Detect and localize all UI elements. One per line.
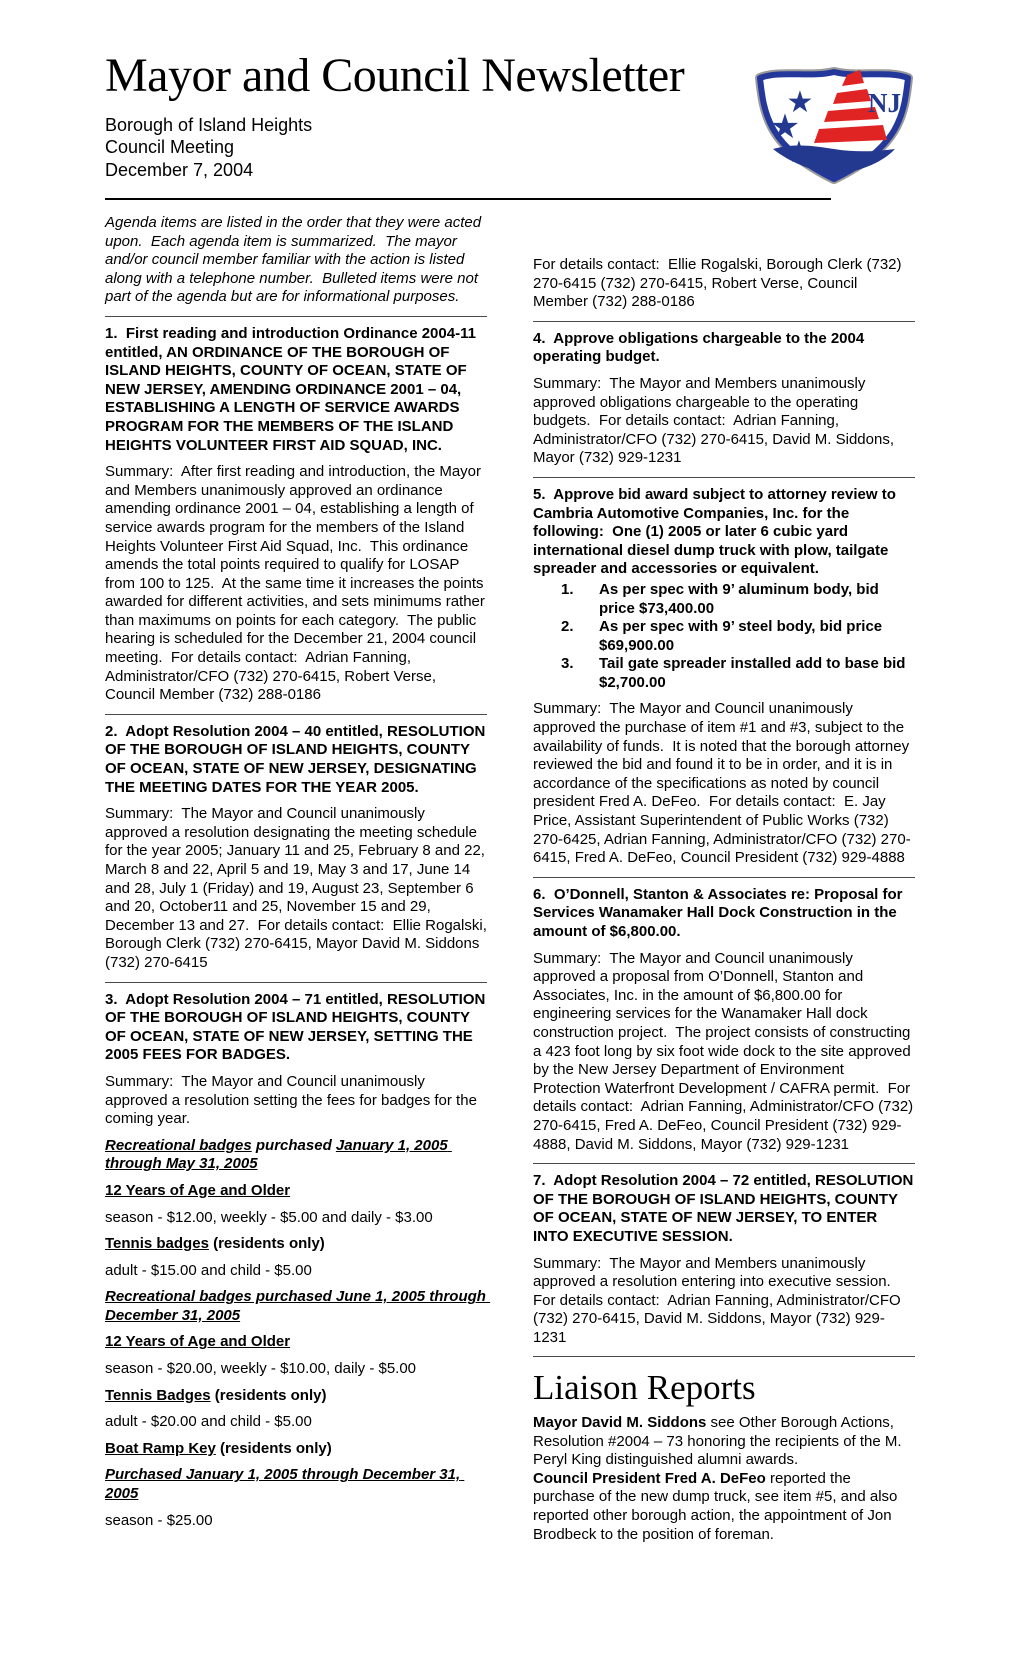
liaison-reports-section: Liaison Reports Mayor David M. Siddons s… — [533, 1369, 915, 1544]
separator — [533, 321, 915, 322]
recreation-fees-1: season - $12.00, weekly - $5.00 and dail… — [105, 1209, 487, 1228]
item-3-heading: 3. Adopt Resolution 2004 – 71 entitled, … — [105, 991, 487, 1065]
list-number: 3. — [561, 655, 599, 692]
recreation-fees-2: season - $20.00, weekly - $10.00, daily … — [105, 1360, 487, 1379]
newsletter-header: Mayor and Council Newsletter Borough of … — [105, 50, 918, 185]
boat-ramp-fees: season - $25.00 — [105, 1512, 487, 1531]
list-text: As per spec with 9’ aluminum body, bid p… — [599, 581, 915, 618]
item-4-heading: 4. Approve obligations chargeable to the… — [533, 330, 915, 367]
agenda-intro: Agenda items are listed in the order tha… — [105, 214, 487, 307]
badge-note: (residents only) — [209, 1235, 325, 1252]
newsletter-body: Agenda items are listed in the order tha… — [105, 214, 918, 1544]
item-1-heading: 1. First reading and introduction Ordina… — [105, 325, 487, 455]
liaison-council-president-report: Council President Fred A. DeFeo reported… — [533, 1470, 915, 1544]
separator — [533, 1356, 915, 1357]
badge-type-label: Recreational badges — [105, 1137, 252, 1154]
item-5-summary: Summary: The Mayor and Council unanimous… — [533, 700, 915, 867]
badge-fees-section: Recreational badges purchased January 1,… — [105, 1137, 487, 1531]
list-number: 2. — [561, 618, 599, 655]
item-6-summary: Summary: The Mayor and Council unanimous… — [533, 950, 915, 1155]
nj-shield-logo-icon: ★ ★ ★ NJ — [750, 54, 918, 185]
list-item: 3.Tail gate spreader installed add to ba… — [533, 655, 915, 692]
meeting-date: December 7, 2004 — [105, 159, 684, 182]
meeting-label: Council Meeting — [105, 136, 684, 159]
logo-nj-text: NJ — [868, 88, 901, 118]
item-3-summary: Summary: The Mayor and Council unanimous… — [105, 1073, 487, 1129]
separator — [533, 1163, 915, 1164]
boat-ramp-key: Boat Ramp Key (residents only) — [105, 1440, 487, 1459]
tennis-badges-1: Tennis badges (residents only) — [105, 1235, 487, 1254]
official-name: Council President Fred A. DeFeo — [533, 1470, 766, 1487]
age-group-label: 12 Years of Age and Older — [105, 1333, 487, 1352]
age-group-label: 12 Years of Age and Older — [105, 1182, 487, 1201]
list-text: As per spec with 9’ steel body, bid pric… — [599, 618, 915, 655]
item-7-summary: Summary: The Mayor and Members unanimous… — [533, 1255, 915, 1348]
page-title: Mayor and Council Newsletter — [105, 50, 684, 102]
recreational-badges-period-2: Recreational badges purchased June 1, 20… — [105, 1288, 487, 1325]
newsletter-page: Mayor and Council Newsletter Borough of … — [0, 0, 1020, 1680]
liaison-mayor-report: Mayor David M. Siddons see Other Borough… — [533, 1414, 915, 1470]
boat-ramp-period: Purchased January 1, 2005 through Decemb… — [105, 1466, 487, 1503]
separator — [105, 982, 487, 983]
item-5-heading: 5. Approve bid award subject to attorney… — [533, 486, 915, 579]
badge-type-label: Tennis Badges — [105, 1387, 211, 1404]
item-2-summary: Summary: The Mayor and Council unanimous… — [105, 805, 487, 972]
bid-spec-list: 1.As per spec with 9’ aluminum body, bid… — [533, 581, 915, 693]
tennis-badges-2: Tennis Badges (residents only) — [105, 1387, 487, 1406]
badge-type-label: Boat Ramp Key — [105, 1440, 216, 1457]
item-3-contact-continuation: For details contact: Ellie Rogalski, Bor… — [533, 256, 915, 312]
separator — [105, 316, 487, 317]
list-item: 1.As per spec with 9’ aluminum body, bid… — [533, 581, 915, 618]
official-name: Mayor David M. Siddons — [533, 1414, 706, 1431]
list-number: 1. — [561, 581, 599, 618]
item-1-summary: Summary: After first reading and introdu… — [105, 463, 487, 705]
left-column: Agenda items are listed in the order tha… — [105, 214, 487, 1544]
recreational-badges-period-1: Recreational badges purchased January 1,… — [105, 1137, 487, 1174]
item-7-heading: 7. Adopt Resolution 2004 – 72 entitled, … — [533, 1172, 915, 1246]
separator — [533, 477, 915, 478]
org-name: Borough of Island Heights — [105, 114, 684, 137]
badge-note: (residents only) — [211, 1387, 327, 1404]
logo-star-icon: ★ — [786, 135, 813, 170]
liaison-reports-title: Liaison Reports — [533, 1369, 915, 1408]
separator — [533, 877, 915, 878]
item-4-summary: Summary: The Mayor and Members unanimous… — [533, 375, 915, 468]
badge-note: (residents only) — [216, 1440, 332, 1457]
header-rule — [105, 198, 831, 200]
list-item: 2.As per spec with 9’ steel body, bid pr… — [533, 618, 915, 655]
tennis-fees-2: adult - $20.00 and child - $5.00 — [105, 1413, 487, 1432]
separator — [105, 714, 487, 715]
right-column: For details contact: Ellie Rogalski, Bor… — [533, 214, 915, 1544]
item-2-heading: 2. Adopt Resolution 2004 – 40 entitled, … — [105, 723, 487, 797]
badge-type-label: Tennis badges — [105, 1235, 209, 1252]
title-block: Mayor and Council Newsletter Borough of … — [105, 50, 684, 181]
item-6-heading: 6. O’Donnell, Stanton & Associates re: P… — [533, 886, 915, 942]
tennis-fees-1: adult - $15.00 and child - $5.00 — [105, 1262, 487, 1281]
list-text: Tail gate spreader installed add to base… — [599, 655, 915, 692]
badge-mid-text: purchased — [252, 1137, 336, 1154]
